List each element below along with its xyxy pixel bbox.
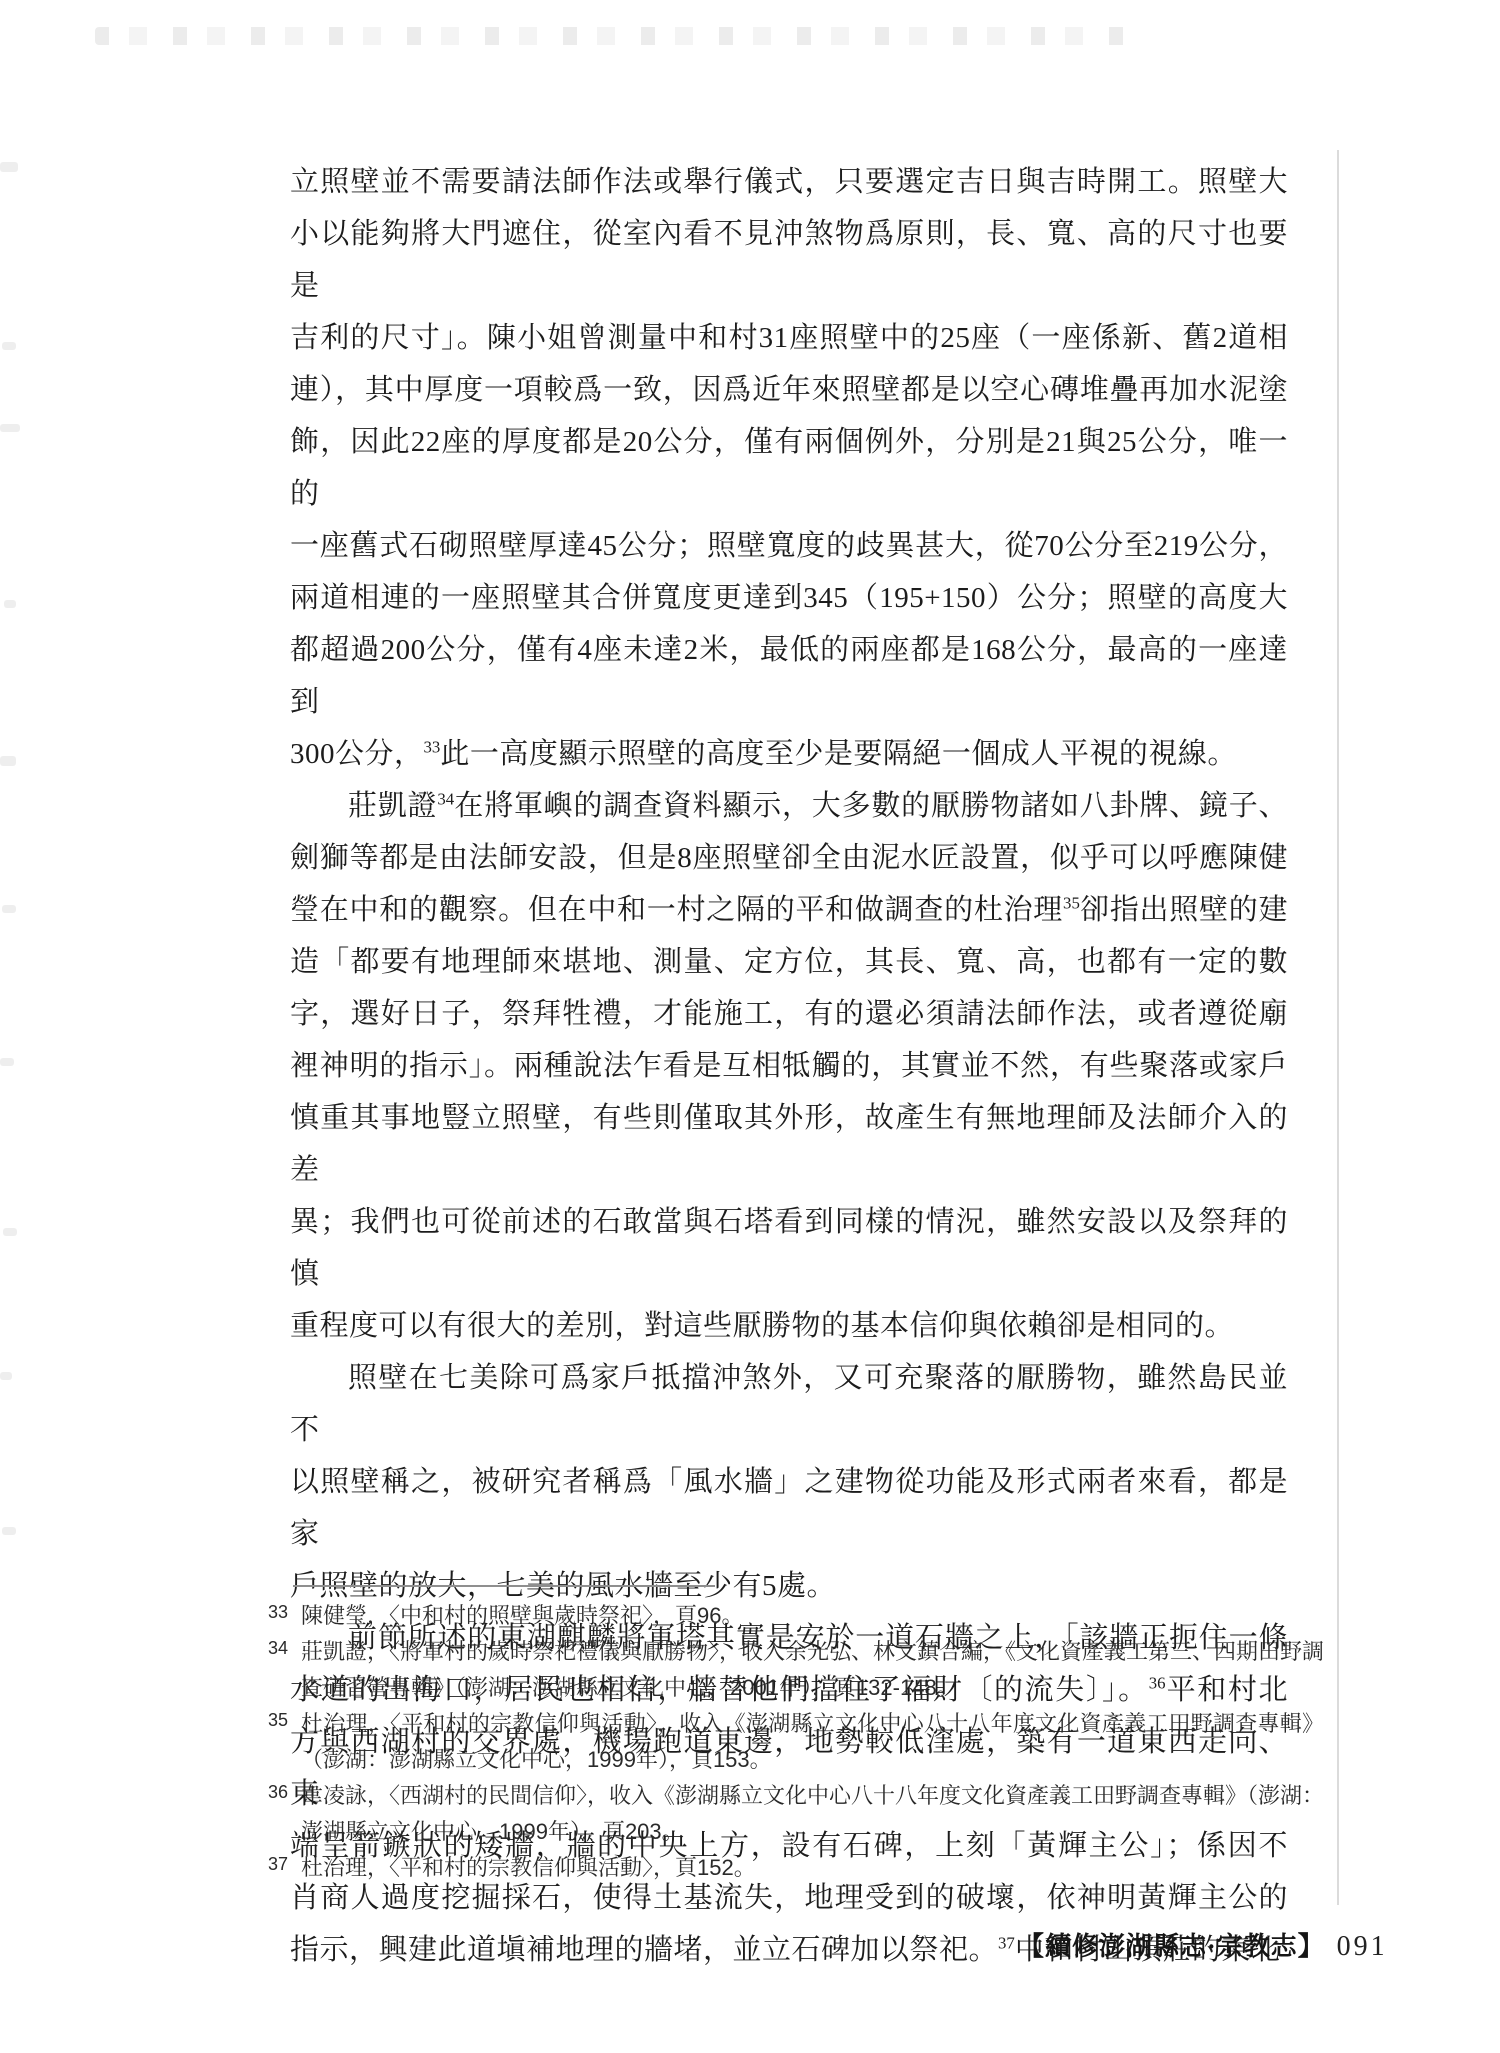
body-line: 吉利的尺寸」。陳小姐曾測量中和村31座照壁中的25座（一座係新、舊2道相 (290, 312, 1288, 364)
footnote-number: 33 (268, 1594, 288, 1630)
footnote-ref: 35 (1063, 893, 1080, 912)
footer-title: 【續修澎湖縣志·宗教志】 (1018, 1932, 1325, 1961)
body-line: 字，選好日子，祭拜牲禮，才能施工，有的還必須請法師作法，或者遵從廟 (290, 988, 1288, 1040)
body-line: 300公分，33此一高度顯示照壁的高度至少是要隔絕一個成人平視的視線。 (290, 728, 1288, 780)
footnote-number: 34 (268, 1630, 288, 1666)
footnote-item: 35杜治理，〈平和村的宗教信仰與活動〉，收入《澎湖縣立文化中心八十八年度文化資產… (268, 1706, 1324, 1778)
scan-artifact (0, 424, 20, 432)
footnote-ref: 37 (998, 1933, 1015, 1952)
scan-artifact (2, 1527, 16, 1535)
scan-artifact (2, 342, 16, 350)
scan-artifact (0, 1372, 12, 1380)
body-line: 造「都要有地理師來堪地、測量、定方位，其長、寬、高，也都有一定的數 (290, 936, 1288, 988)
body-line: 重程度可以有很大的差別，對這些厭勝物的基本信仰與依賴卻是相同的。 (290, 1300, 1288, 1352)
body-line: 飾，因此22座的厚度都是20公分，僅有兩個例外，分別是21與25公分，唯一的 (290, 416, 1288, 520)
footnote-item: 37杜治理，〈平和村的宗教信仰與活動〉，頁152。 (268, 1850, 1324, 1886)
scan-artifact (0, 162, 18, 172)
footnote-text: 韋凌詠，〈西湖村的民間信仰〉，收入《澎湖縣立文化中心八十八年度文化資產義工田野調… (301, 1783, 1324, 1844)
footnote-item: 34莊凱證，〈將軍村的歲時祭祀禮儀與厭勝物〉，收入余光弘、林文鎮合編，《文化資產… (268, 1634, 1324, 1706)
body-line: 異；我們也可從前述的石敢當與石塔看到同樣的情況，雖然安設以及祭拜的慎 (290, 1196, 1288, 1300)
body-line: 瑩在中和的觀察。但在中和一村之隔的平和做調查的杜治理35卻指出照壁的建 (290, 884, 1288, 936)
body-line: 都超過200公分，僅有4座未達2米，最低的兩座都是168公分，最高的一座達到 (290, 624, 1288, 728)
body-line: 小以能夠將大門遮住，從室內看不見沖煞物爲原則，長、寬、高的尺寸也要是 (290, 208, 1288, 312)
body-line: 以照壁稱之，被研究者稱爲「風水牆」之建物從功能及形式兩者來看，都是家 (290, 1456, 1288, 1560)
footnote-text: 杜治理，〈平和村的宗教信仰與活動〉，收入《澎湖縣立文化中心八十八年度文化資產義工… (301, 1711, 1324, 1772)
footnote-separator (293, 1585, 715, 1587)
footnote-text: 陳健瑩，〈中和村的照壁與歲時祭祀〉，頁96。 (301, 1603, 743, 1628)
footnote-number: 35 (268, 1702, 288, 1738)
body-line: 莊凱證34在將軍嶼的調查資料顯示，大多數的厭勝物諸如八卦牌、鏡子、 (290, 780, 1288, 832)
body-line: 慎重其事地豎立照壁，有些則僅取其外形，故產生有無地理師及法師介入的差 (290, 1092, 1288, 1196)
footnote-text: 莊凱證，〈將軍村的歲時祭祀禮儀與厭勝物〉，收入余光弘、林文鎮合編，《文化資產義工… (301, 1639, 1324, 1700)
footnote-ref: 34 (437, 789, 454, 808)
scan-artifact (1337, 150, 1339, 1905)
document-page: 立照壁並不需要請法師作法或舉行儀式，只要選定吉日與吉時開工。照壁大小以能夠將大門… (0, 0, 1500, 2053)
footnote-number: 36 (268, 1774, 288, 1810)
footnote-item: 36韋凌詠，〈西湖村的民間信仰〉，收入《澎湖縣立文化中心八十八年度文化資產義工田… (268, 1778, 1324, 1850)
scan-artifact (2, 905, 16, 913)
body-line: 一座舊式石砌照壁厚達45公分；照壁寬度的歧異甚大，從70公分至219公分， (290, 520, 1288, 572)
footnote-text: 杜治理，〈平和村的宗教信仰與活動〉，頁152。 (301, 1855, 756, 1880)
page-number: 091 (1337, 1931, 1388, 1962)
page-footer: 【續修澎湖縣志·宗教志】091 (1018, 1926, 1388, 1963)
scan-artifact (0, 1058, 14, 1066)
scan-artifact (95, 27, 1140, 45)
scan-artifact (0, 756, 16, 766)
footnote-item: 33陳健瑩，〈中和村的照壁與歲時祭祀〉，頁96。 (268, 1598, 1324, 1634)
body-line: 照壁在七美除可爲家戶抵擋沖煞外，又可充聚落的厭勝物，雖然島民並不 (290, 1352, 1288, 1456)
footnote-list: 33陳健瑩，〈中和村的照壁與歲時祭祀〉，頁96。34莊凱證，〈將軍村的歲時祭祀禮… (268, 1598, 1324, 1886)
scan-artifact (4, 600, 16, 608)
scan-artifact (3, 1228, 17, 1236)
footnote-ref: 33 (424, 737, 441, 756)
body-line: 劍獅等都是由法師安設，但是8座照壁卻全由泥水匠設置，似乎可以呼應陳健 (290, 832, 1288, 884)
body-line: 兩道相連的一座照壁其合併寬度更達到345（195+150）公分；照壁的高度大 (290, 572, 1288, 624)
body-line: 連），其中厚度一項較爲一致，因爲近年來照壁都是以空心磚堆疊再加水泥塗 (290, 364, 1288, 416)
footnote-number: 37 (268, 1846, 288, 1882)
body-line: 裡神明的指示」。兩種說法乍看是互相牴觸的，其實並不然，有些聚落或家戶 (290, 1040, 1288, 1092)
body-line: 立照壁並不需要請法師作法或舉行儀式，只要選定吉日與吉時開工。照壁大 (290, 156, 1288, 208)
